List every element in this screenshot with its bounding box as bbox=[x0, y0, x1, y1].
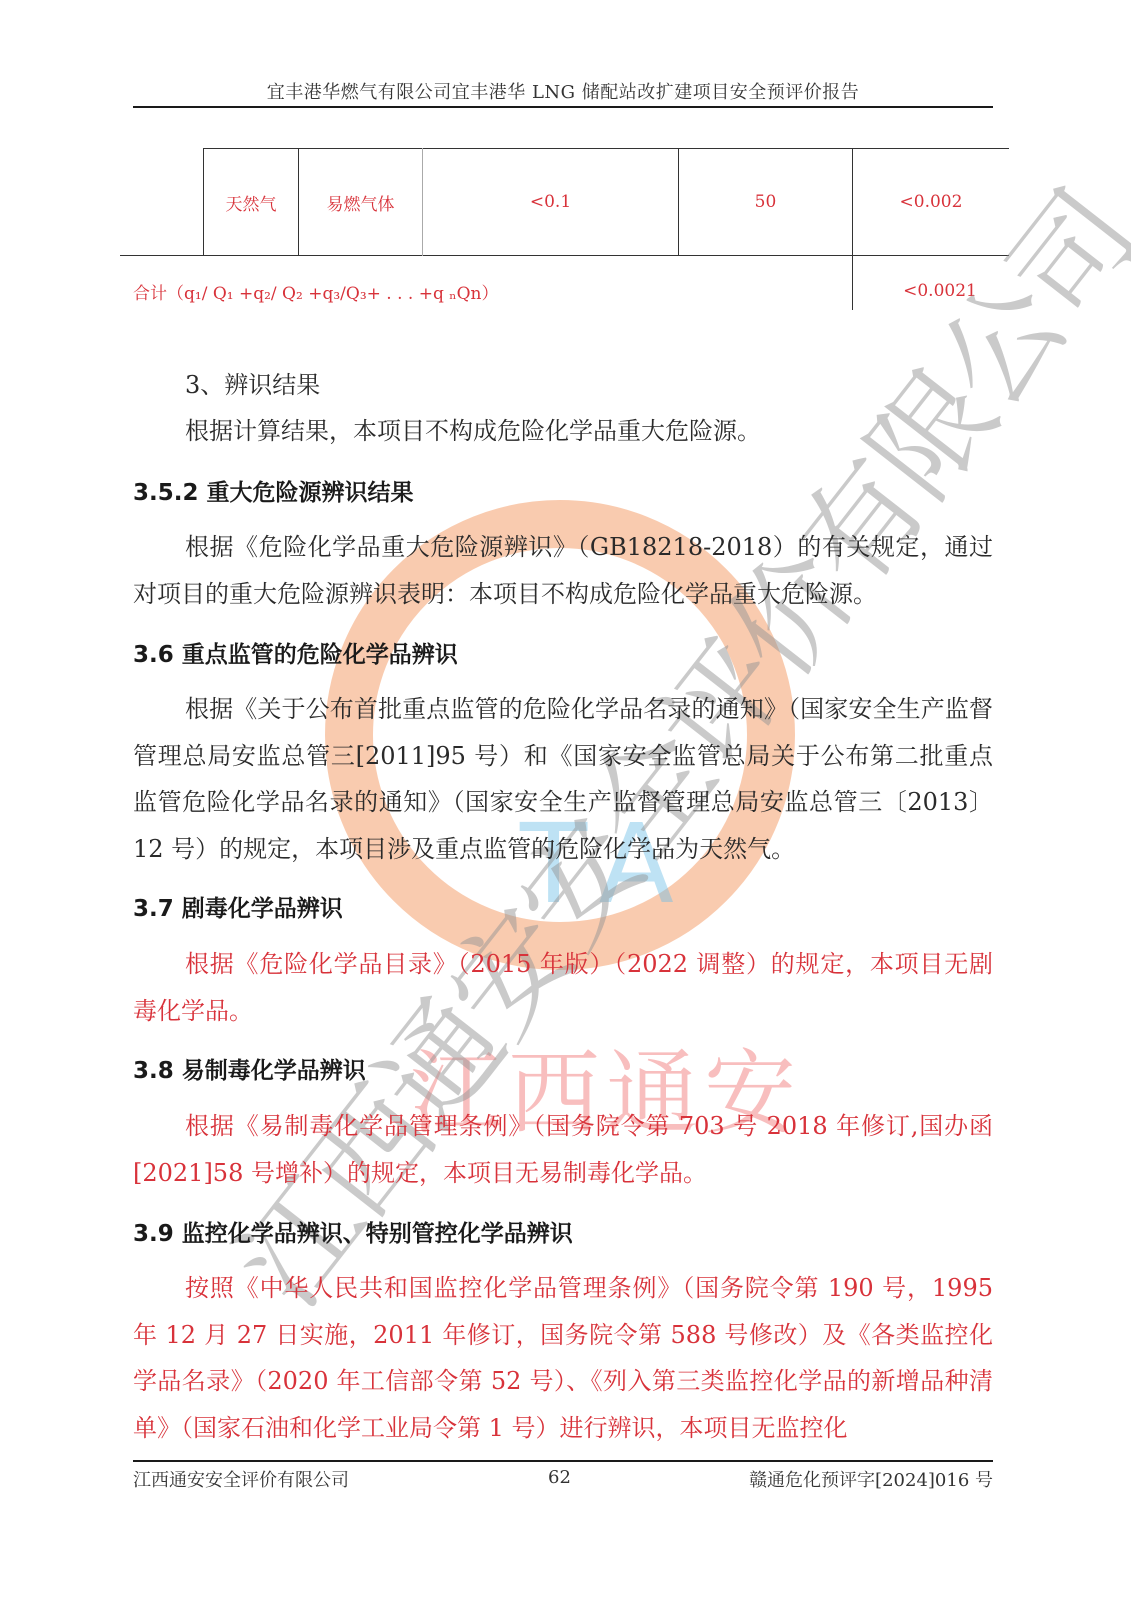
footer-company: 江西通安安全评价有限公司 bbox=[133, 1466, 349, 1492]
paragraph-3-9: 按照《中华人民共和国监控化学品管理条例》（国务院令第 190 号，1995 年 … bbox=[133, 1265, 993, 1451]
heading-3-5-2: 3.5.2 重大危险源辨识结果 bbox=[133, 474, 414, 507]
paragraph-3-6: 根据《关于公布首批重点监管的危险化学品名录的通知》（国家安全生产监督管理总局安监… bbox=[133, 686, 993, 872]
heading-3-6: 3.6 重点监管的危险化学品辨识 bbox=[133, 636, 458, 669]
heading-3-7: 3.7 剧毒化学品辨识 bbox=[133, 890, 343, 923]
page-header-title: 宜丰港华燃气有限公司宜丰港华 LNG 储配站改扩建项目安全预评价报告 bbox=[133, 78, 993, 104]
paragraph-3-5-2: 根据《危险化学品重大危险源辨识》（GB18218-2018）的有关规定，通过对项… bbox=[133, 524, 993, 617]
table-cell-critical-quantity: 50 bbox=[679, 149, 852, 255]
page-number: 62 bbox=[548, 1467, 571, 1488]
result-item: 3、辨识结果 bbox=[133, 362, 993, 409]
footer-doc-number: 赣通危化预评字[2024]016 号 bbox=[733, 1466, 993, 1492]
paragraph-3-8: 根据《易制毒化学品管理条例》（国务院令第 703 号 2018 年修订,国办函[… bbox=[133, 1103, 993, 1196]
table-cell-actual-quantity: <0.1 bbox=[423, 149, 678, 255]
table-cell-name: 天然气 bbox=[204, 149, 298, 255]
table-row-border bbox=[120, 255, 1009, 256]
table-total-value: <0.0021 bbox=[870, 270, 1010, 312]
heading-3-9: 3.9 监控化学品辨识、特别管控化学品辨识 bbox=[133, 1215, 573, 1248]
footer-divider bbox=[133, 1460, 993, 1462]
header-divider bbox=[133, 106, 993, 108]
table-total-label: 合计（q₁/ Q₁ +q₂/ Q₂ +q₃/Q₃+ . . . +q ₙQn） bbox=[133, 270, 633, 312]
table-cell-category: 易燃气体 bbox=[299, 149, 422, 255]
table-cell-ratio: <0.002 bbox=[853, 149, 1009, 255]
heading-3-8: 3.8 易制毒化学品辨识 bbox=[133, 1052, 366, 1085]
paragraph-3-7: 根据《危险化学品目录》（2015 年版）（2022 调整）的规定，本项目无剧毒化… bbox=[133, 941, 993, 1034]
result-text: 根据计算结果，本项目不构成危险化学品重大危险源。 bbox=[133, 408, 993, 455]
